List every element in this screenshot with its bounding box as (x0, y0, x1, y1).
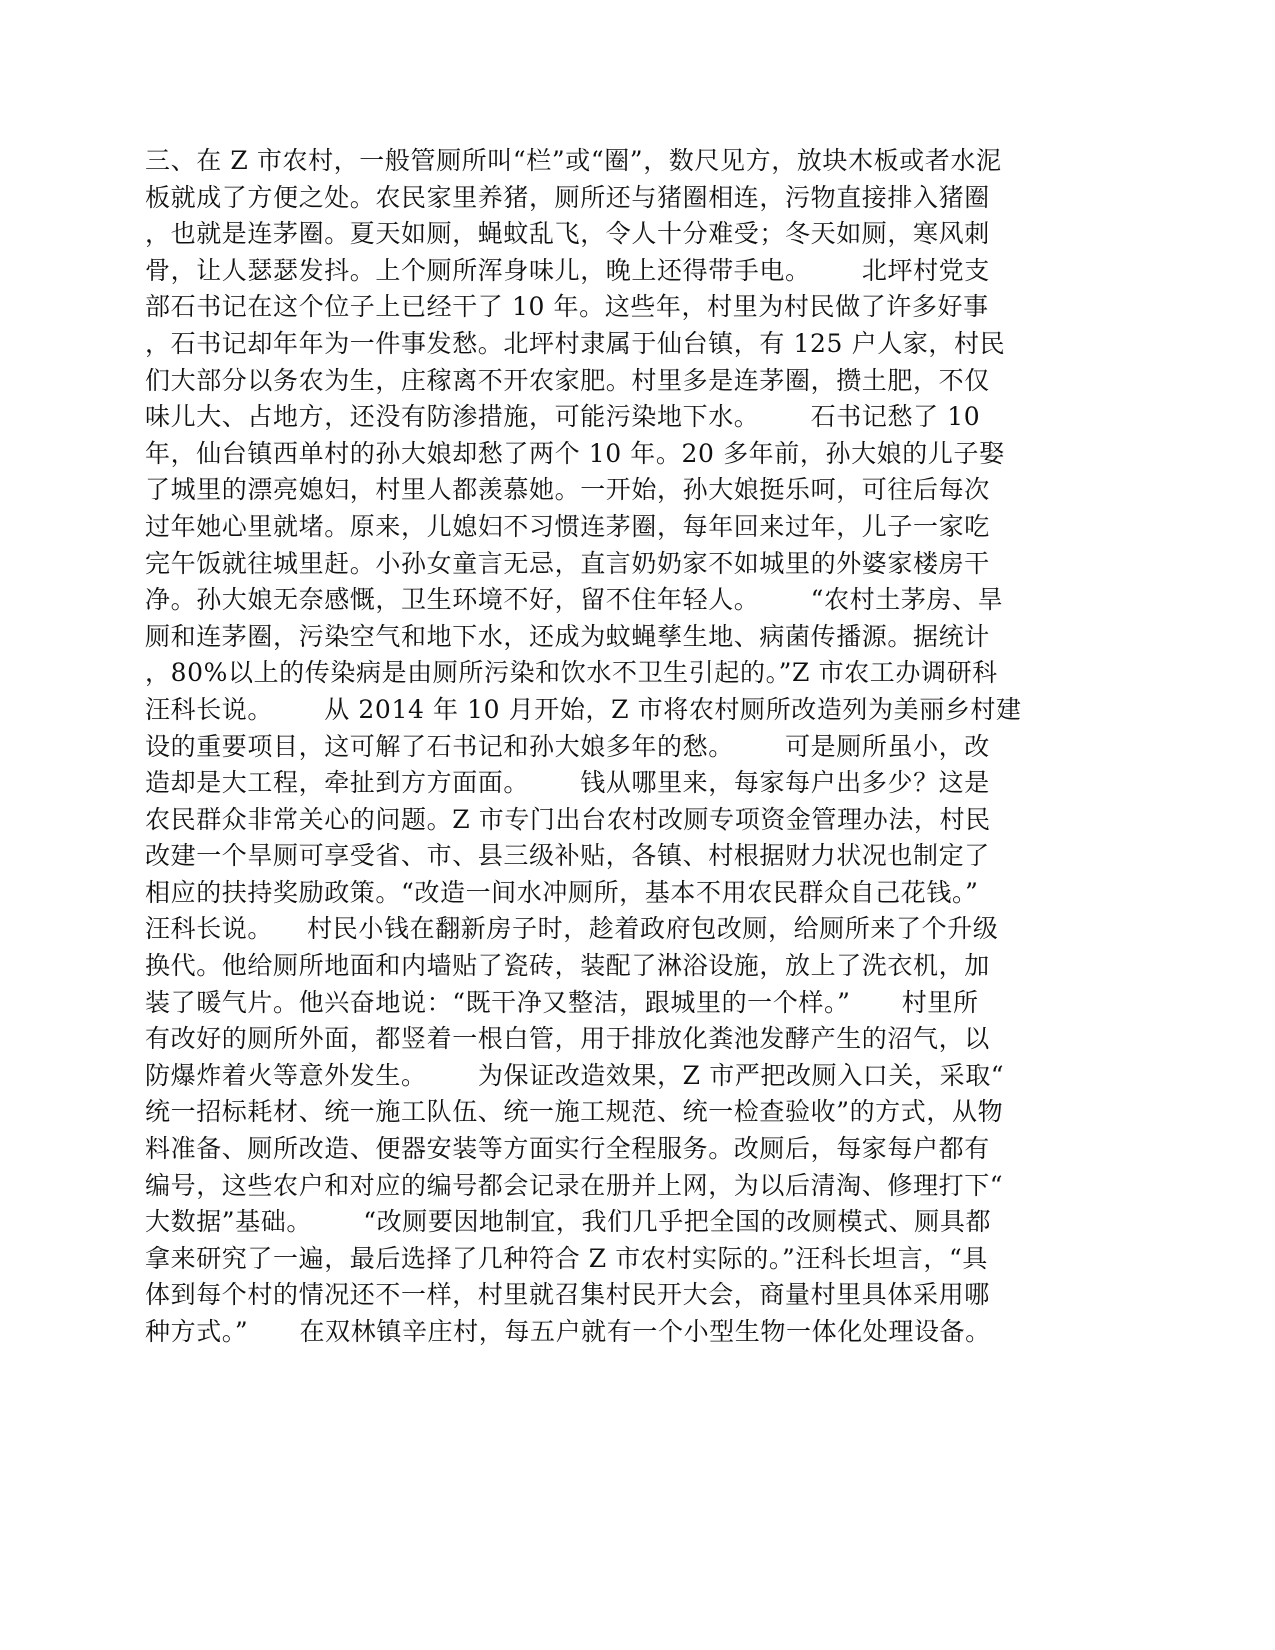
text-line: 们大部分以务农为生，庄稼离不开农家肥。村里多是连茅圈，攒土肥，不仅 (145, 363, 1080, 400)
text-line: 相应的扶持奖励政策。“改造一间水冲厕所，基本不用农民群众自己花钱。” (145, 875, 1080, 912)
text-line: 装了暖气片。他兴奋地说：“既干净又整洁，跟城里的一个样。” 村里所 (145, 985, 1080, 1022)
text-line: ，也就是连茅圈。夏天如厕，蝇蚊乱飞，令人十分难受；冬天如厕，寒风刺 (145, 216, 1080, 253)
text-line: 板就成了方便之处。农民家里养猪，厕所还与猪圈相连，污物直接排入猪圈 (145, 180, 1080, 217)
text-line: 种方式。” 在双林镇辛庄村，每五户就有一个小型生物一体化处理设备。 (145, 1314, 1080, 1351)
text-line: 料准备、厕所改造、便器安装等方面实行全程服务。改厕后，每家每户都有 (145, 1131, 1080, 1168)
text-line: 统一招标耗材、统一施工队伍、统一施工规范、统一检查验收”的方式，从物 (145, 1094, 1080, 1131)
text-line: 造却是大工程，牵扯到方方面面。 钱从哪里来，每家每户出多少？这是 (145, 765, 1080, 802)
text-line: 农民群众非常关心的问题。Z 市专门出台农村改厕专项资金管理办法，村民 (145, 802, 1080, 839)
text-line: 改建一个旱厕可享受省、市、县三级补贴，各镇、村根据财力状况也制定了 (145, 838, 1080, 875)
text-line: 三、在 Z 市农村，一般管厕所叫“栏”或“圈”，数尺见方，放块木板或者水泥 (145, 143, 1080, 180)
text-line: 防爆炸着火等意外发生。 为保证改造效果，Z 市严把改厕入口关，采取“ (145, 1058, 1080, 1095)
text-line: 有改好的厕所外面，都竖着一根白管，用于排放化粪池发酵产生的沼气，以 (145, 1021, 1080, 1058)
text-line: 大数据”基础。 “改厕要因地制宜，我们几乎把全国的改厕模式、厕具都 (145, 1204, 1080, 1241)
text-line: 骨，让人瑟瑟发抖。上个厕所浑身味儿，晚上还得带手电。 北坪村党支 (145, 253, 1080, 290)
text-line: 味儿大、占地方，还没有防渗措施，可能污染地下水。 石书记愁了 10 (145, 399, 1080, 436)
text-line: 了城里的漂亮媳妇，村里人都羡慕她。一开始，孙大娘挺乐呵，可往后每次 (145, 472, 1080, 509)
text-line: 汪科长说。 村民小钱在翻新房子时，趁着政府包改厕，给厕所来了个升级 (145, 911, 1080, 948)
text-line: 拿来研究了一遍，最后选择了几种符合 Z 市农村实际的。”汪科长坦言，“具 (145, 1241, 1080, 1278)
text-line: 体到每个村的情况还不一样，村里就召集村民开大会，商量村里具体采用哪 (145, 1277, 1080, 1314)
text-line: 部石书记在这个位子上已经干了 10 年。这些年，村里为村民做了许多好事 (145, 289, 1080, 326)
text-line: 年，仙台镇西单村的孙大娘却愁了两个 10 年。20 多年前，孙大娘的儿子娶 (145, 436, 1080, 473)
text-line: 净。孙大娘无奈感慨，卫生环境不好，留不住年轻人。 “农村土茅房、旱 (145, 582, 1080, 619)
text-line: 厕和连茅圈，污染空气和地下水，还成为蚊蝇孳生地、病菌传播源。据统计 (145, 619, 1080, 656)
text-line: ，80%以上的传染病是由厕所污染和饮水不卫生引起的。”Z 市农工办调研科 (145, 655, 1080, 692)
text-line: ，石书记却年年为一件事发愁。北坪村隶属于仙台镇，有 125 户人家，村民 (145, 326, 1080, 363)
text-line: 完午饭就往城里赶。小孙女童言无忌，直言奶奶家不如城里的外婆家楼房干 (145, 546, 1080, 583)
text-line: 编号，这些农户和对应的编号都会记录在册并上网，为以后清淘、修理打下“ (145, 1168, 1080, 1205)
text-line: 过年她心里就堵。原来，儿媳妇不习惯连茅圈，每年回来过年，儿子一家吃 (145, 509, 1080, 546)
text-line: 汪科长说。 从 2014 年 10 月开始，Z 市将农村厕所改造列为美丽乡村建 (145, 692, 1080, 729)
document-page: 三、在 Z 市农村，一般管厕所叫“栏”或“圈”，数尺见方，放块木板或者水泥 板就… (145, 143, 1080, 1351)
text-line: 换代。他给厕所地面和内墙贴了瓷砖，装配了淋浴设施，放上了洗衣机，加 (145, 948, 1080, 985)
text-line: 设的重要项目，这可解了石书记和孙大娘多年的愁。 可是厕所虽小，改 (145, 729, 1080, 766)
